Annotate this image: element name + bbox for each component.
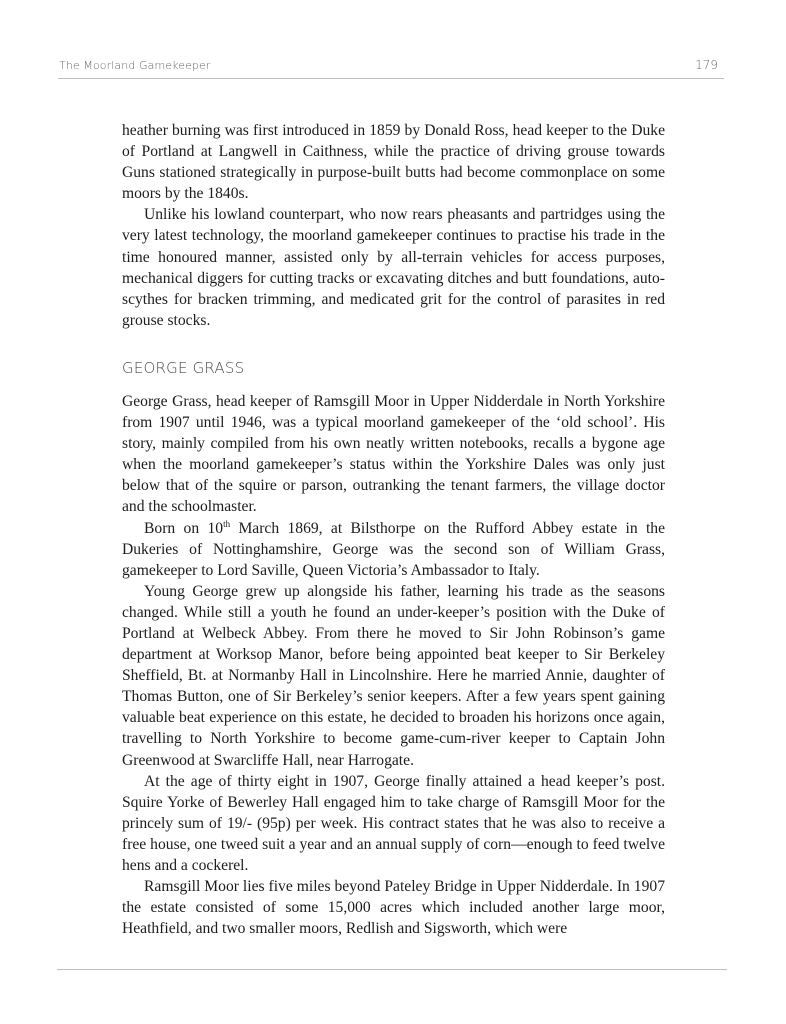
body-text: heather burning was first introduced in … <box>122 120 665 939</box>
paragraph: Ramsgill Moor lies five miles beyond Pat… <box>122 876 665 939</box>
paragraph: Unlike his lowland counterpart, who now … <box>122 204 665 331</box>
paragraph: Young George grew up alongside his fathe… <box>122 581 665 771</box>
text-run: Born on 10 <box>144 520 223 537</box>
paragraph: Born on 10th March 1869, at Bilsthorpe o… <box>122 518 665 581</box>
book-title: The Moorland Gamekeeper <box>59 59 211 72</box>
footer-rule <box>57 969 727 970</box>
paragraph: heather burning was first introduced in … <box>122 120 665 204</box>
paragraph: At the age of thirty eight in 1907, Geor… <box>122 771 665 876</box>
running-head: The Moorland Gamekeeper 179 <box>58 56 724 79</box>
section-heading: GEORGE GRASS <box>122 358 665 378</box>
paragraph: George Grass, head keeper of Ramsgill Mo… <box>122 391 665 518</box>
page-number: 179 <box>695 58 718 72</box>
